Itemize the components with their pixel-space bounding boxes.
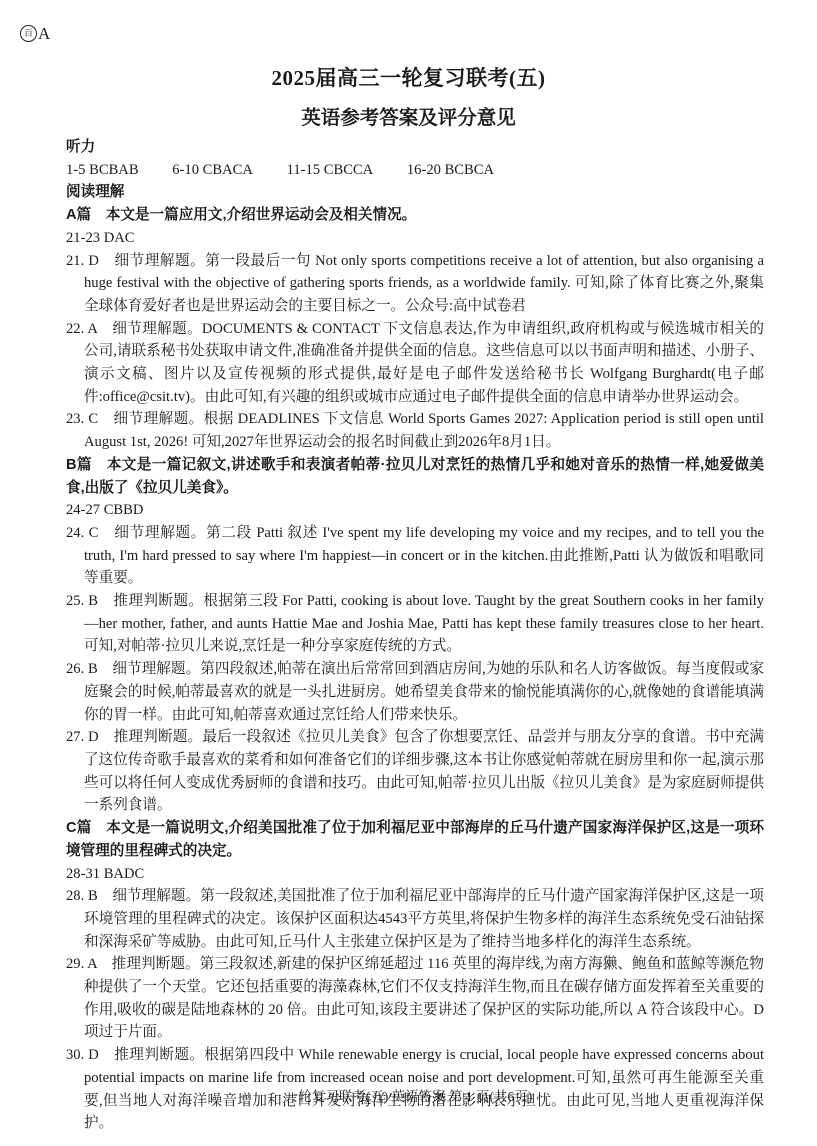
reading-section-heading: 阅读理解 bbox=[66, 181, 764, 204]
explanation-item-22: 22. A 细节理解题。DOCUMENTS & CONTACT 下文信息表达,作… bbox=[66, 318, 764, 409]
passage-b-summary: B篇 本文是一篇记叙文,讲述歌手和表演者帕蒂·拉贝儿对烹饪的热情几乎和她对音乐的… bbox=[66, 454, 764, 499]
answer-key-page: 百A 2025届高三一轮复习联考(五) 英语参考答案及评分意见 听力 1-5 B… bbox=[0, 0, 817, 1146]
explanation-item-26: 26. B 细节理解题。第四段叙述,帕蒂在演出后常常回到酒店房间,为她的乐队和名… bbox=[66, 658, 764, 726]
explanation-item-25: 25. B 推理判断题。根据第三段 For Patti, cooking is … bbox=[66, 590, 764, 658]
listening-answers-11-15: 11-15 CBCCA bbox=[287, 162, 374, 178]
circled-logo-icon: 百 bbox=[20, 25, 37, 42]
explanation-item-23: 23. C 细节理解题。根据 DEADLINES 下文信息 World Spor… bbox=[66, 408, 764, 453]
passage-a-answer-key: 21-23 DAC bbox=[66, 227, 764, 250]
document-body: 听力 1-5 BCBAB 6-10 CBACA 11-15 CBCCA 16-2… bbox=[66, 136, 764, 1135]
listening-answers-6-10: 6-10 CBACA bbox=[172, 162, 253, 178]
passage-b-answer-key: 24-27 CBBD bbox=[66, 499, 764, 522]
listening-answers-1-5: 1-5 BCBAB bbox=[66, 162, 139, 178]
listening-answers-16-20: 16-20 BCBCA bbox=[407, 162, 494, 178]
explanation-item-24: 24. C 细节理解题。第二段 Patti 叙述 I've spent my l… bbox=[66, 522, 764, 590]
explanation-item-21: 21. D 细节理解题。第一段最后一句 Not only sports comp… bbox=[66, 250, 764, 318]
passage-c-answer-key: 28-31 BADC bbox=[66, 863, 764, 886]
explanation-item-29: 29. A 推理判断题。第三段叙述,新建的保护区绵延超过 116 英里的海岸线,… bbox=[66, 953, 764, 1044]
listening-section-heading: 听力 bbox=[66, 136, 764, 159]
page-footer: 一轮复习联考(五) 英语答案 第 1 页(共6页) bbox=[0, 1085, 817, 1105]
explanation-item-28: 28. B 细节理解题。第一段叙述,美国批准了位于加利福尼亚中部海岸的丘马什遗产… bbox=[66, 885, 764, 953]
exam-title: 2025届高三一轮复习联考(五) bbox=[0, 62, 817, 92]
logo-letter: A bbox=[38, 24, 50, 43]
brand-logo: 百A bbox=[20, 24, 50, 44]
answer-sheet-subtitle: 英语参考答案及评分意见 bbox=[0, 102, 817, 130]
listening-answer-key: 1-5 BCBAB 6-10 CBACA 11-15 CBCCA 16-20 B… bbox=[66, 159, 764, 182]
passage-a-summary: A篇 本文是一篇应用文,介绍世界运动会及相关情况。 bbox=[66, 204, 764, 227]
explanation-item-27: 27. D 推理判断题。最后一段叙述《拉贝儿美食》包含了你想要烹饪、品尝并与朋友… bbox=[66, 726, 764, 817]
passage-c-summary: C篇 本文是一篇说明文,介绍美国批准了位于加利福尼亚中部海岸的丘马什遗产国家海洋… bbox=[66, 817, 764, 862]
